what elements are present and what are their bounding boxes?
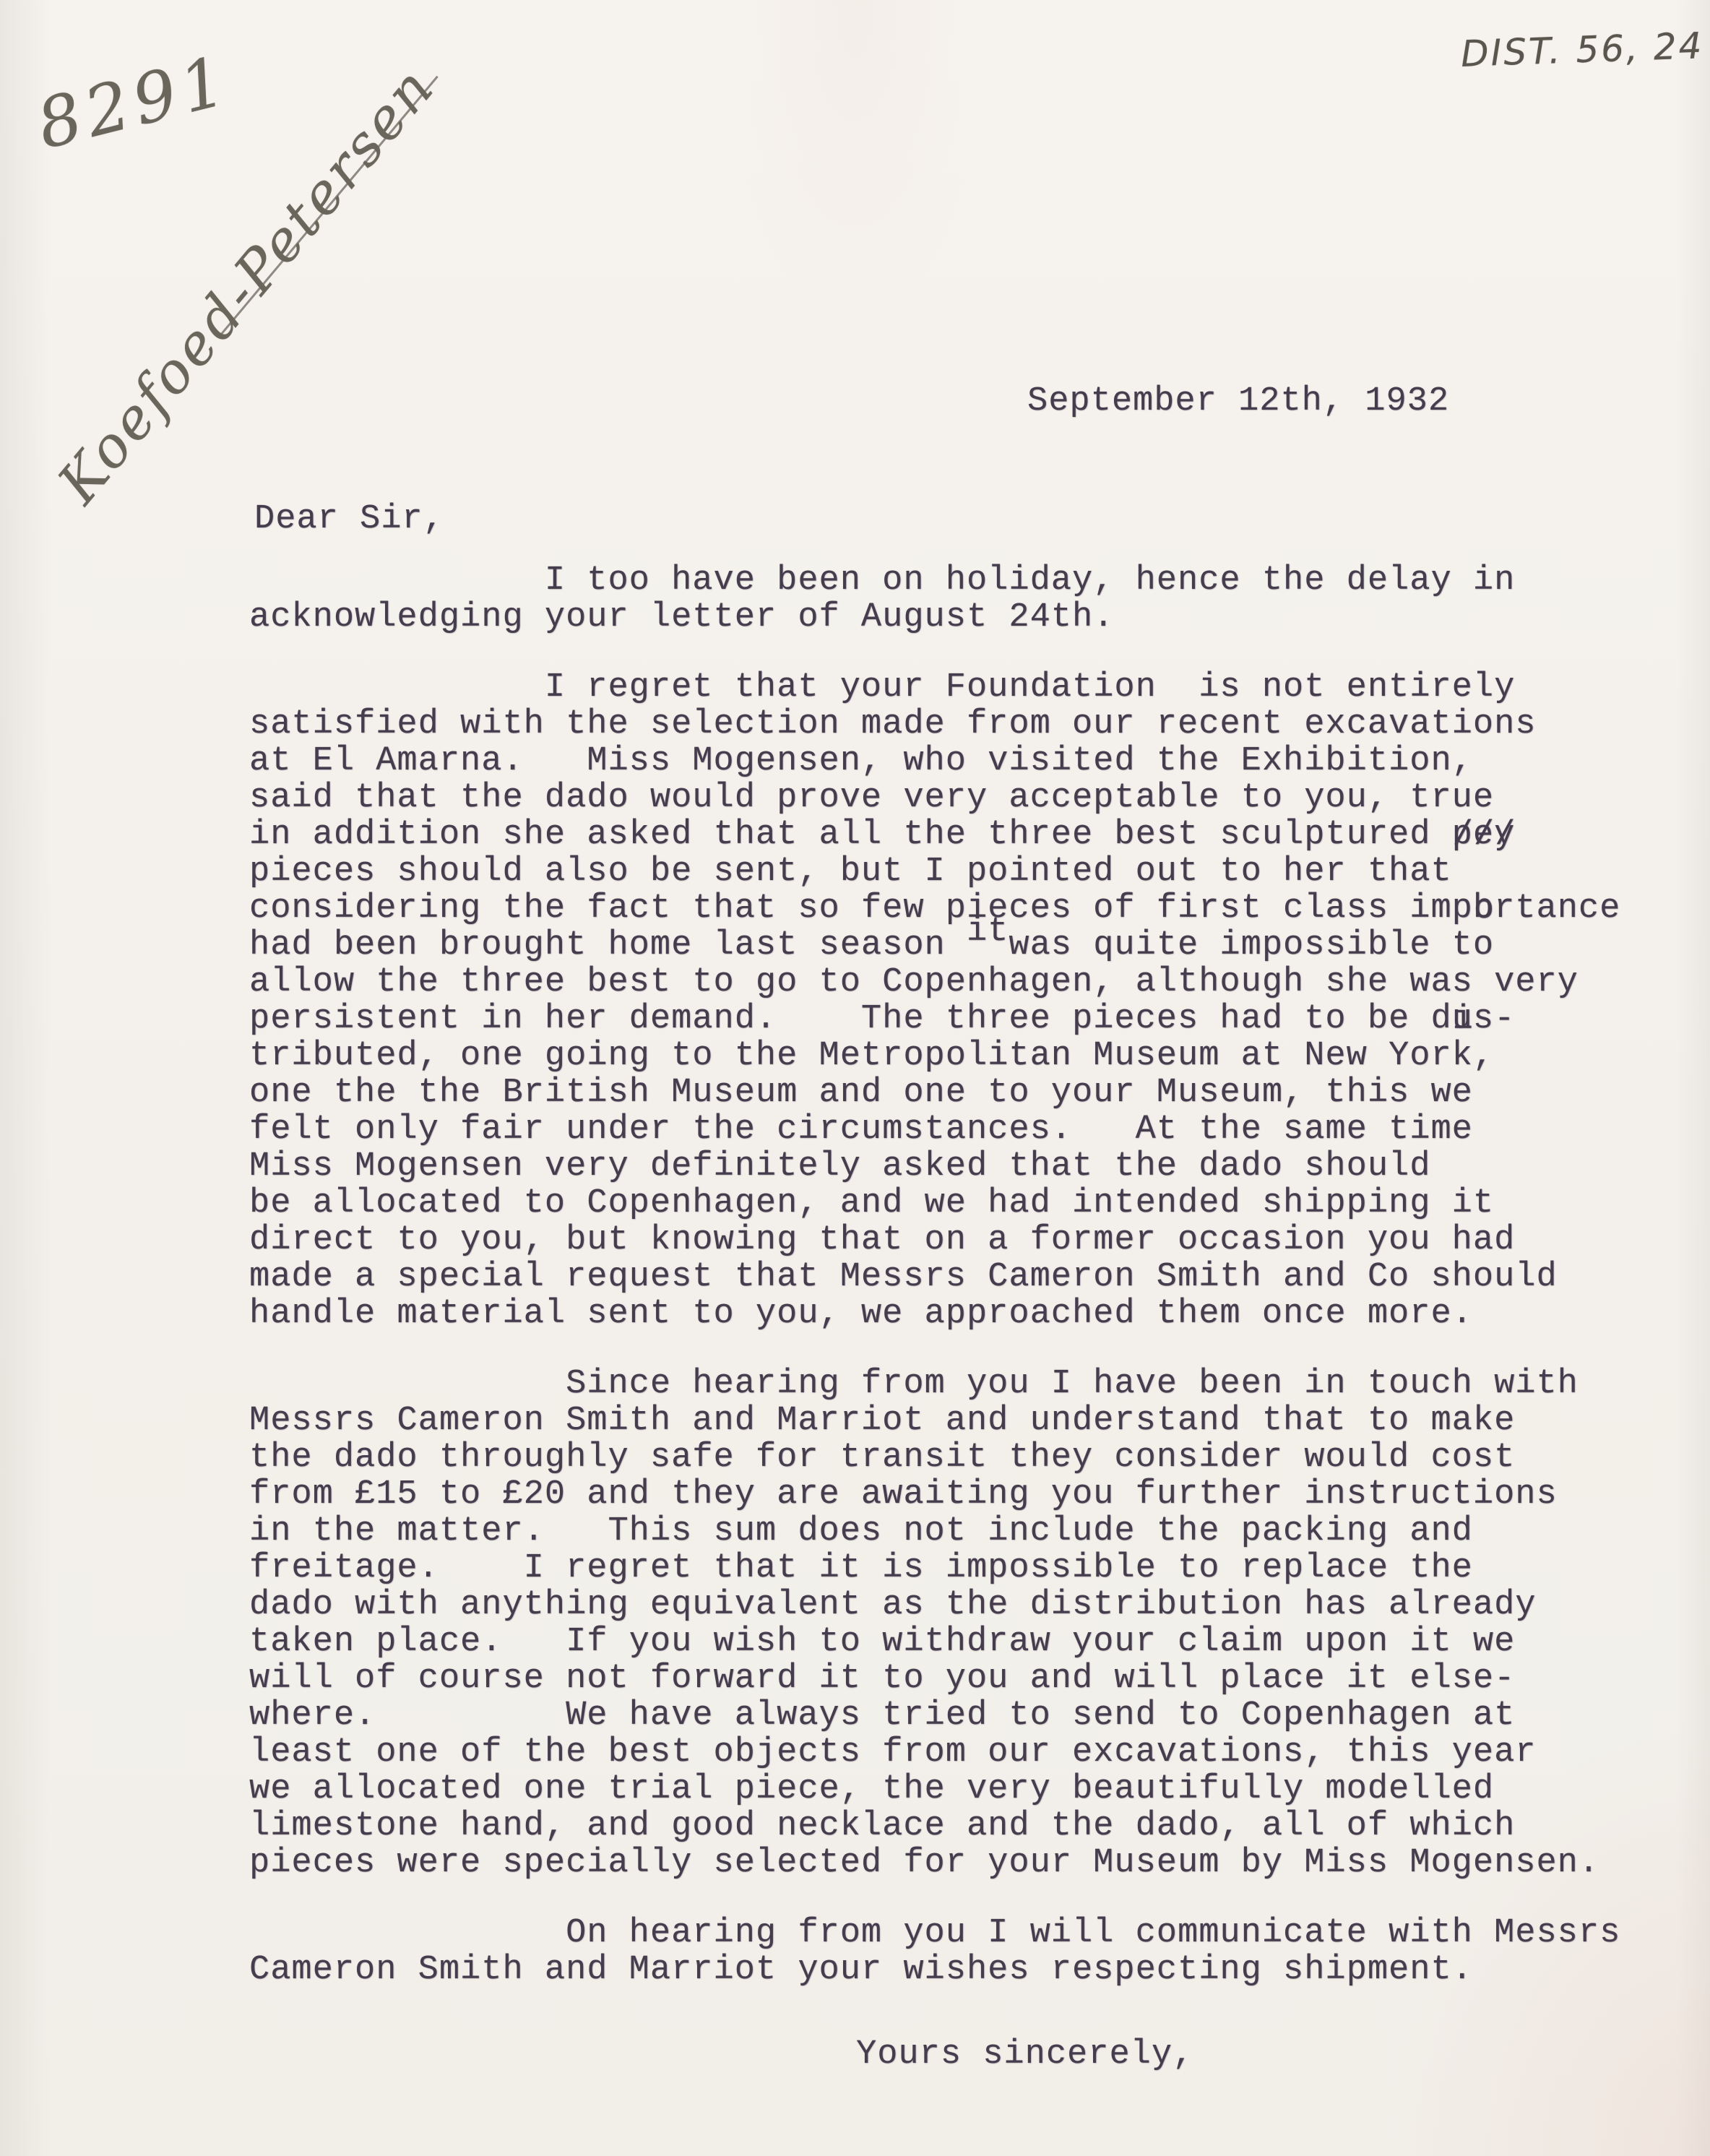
letter-salutation: Dear Sir, <box>254 501 444 538</box>
letter-body: I too have been on holiday, hence the de… <box>249 562 1622 2022</box>
typed-line: persistent in her demand. The three piec… <box>249 1001 1622 1038</box>
typed-line: considering the fact that so few pieces … <box>249 890 1622 927</box>
letter-closing: Yours sincerely, <box>856 2036 1193 2073</box>
scanned-letter-page: 8291 Koefoed-Petersen DIST. 56, 24 Septe… <box>0 0 1710 2156</box>
typed-line: in addition she asked that all the three… <box>249 816 1622 853</box>
typed-line: On hearing from you I will communicate w… <box>249 1915 1622 1952</box>
typed-line: Miss Mogensen very definitely asked that… <box>249 1148 1622 1185</box>
typed-line: where. We have always tried to send to C… <box>249 1697 1622 1734</box>
paragraph: I too have been on holiday, hence the de… <box>249 562 1622 636</box>
typed-line: one the the British Museum and one to yo… <box>249 1074 1622 1111</box>
paragraph: I regret that your Foundation is not ent… <box>249 669 1622 1332</box>
letter-date: September 12th, 1932 <box>1027 383 1449 420</box>
typed-line: in the matter. This sum does not include… <box>249 1513 1622 1550</box>
overstrike-correction: ui <box>1452 1001 1473 1038</box>
typed-line: Since hearing from you I have been in to… <box>249 1366 1622 1402</box>
typed-line: pieces were specially selected for your … <box>249 1845 1622 1881</box>
handwritten-dist-note: DIST. 56, 24 <box>1460 25 1704 75</box>
typed-line: least one of the best objects from our e… <box>249 1734 1622 1771</box>
typed-line: limestone hand, and good necklace and th… <box>249 1808 1622 1845</box>
overstrike-correction: pey/// <box>1452 816 1516 853</box>
raised-correction: it <box>967 913 1009 951</box>
typed-line: made a special request that Messrs Camer… <box>249 1259 1622 1295</box>
pencil-stroke <box>218 76 438 337</box>
typed-line: freitage. I regret that it is impossible… <box>249 1550 1622 1587</box>
typed-line: pieces should also be sent, but I pointe… <box>249 853 1622 890</box>
typed-line: satisfied with the selection made from o… <box>249 706 1622 743</box>
typed-line: at El Amarna. Miss Mogensen, who visited… <box>249 743 1622 780</box>
typed-line: Messrs Cameron Smith and Marriot and und… <box>249 1402 1622 1439</box>
typed-line: from £15 to £20 and they are awaiting yo… <box>249 1476 1622 1513</box>
typed-line: I too have been on holiday, hence the de… <box>249 562 1622 599</box>
typed-line: be allocated to Copenhagen, and we had i… <box>249 1185 1622 1222</box>
typed-line: tributed, one going to the Metropolitan … <box>249 1038 1622 1074</box>
typed-line: the dado throughly safe for transit they… <box>249 1439 1622 1476</box>
typed-line: dado with anything equivalent as the dis… <box>249 1587 1622 1624</box>
typed-line: will of course not forward it to you and… <box>249 1660 1622 1697</box>
overstrike-correction: bo <box>1473 890 1494 927</box>
typed-line: Cameron Smith and Marriot your wishes re… <box>249 1952 1622 1988</box>
typed-line: felt only fair under the circumstances. … <box>249 1111 1622 1148</box>
typed-line: allow the three best to go to Copenhagen… <box>249 964 1622 1001</box>
typed-line: handle material sent to you, we approach… <box>249 1295 1622 1332</box>
typed-line: I regret that your Foundation is not ent… <box>249 669 1622 706</box>
typed-line: direct to you, but knowing that on a for… <box>249 1222 1622 1259</box>
typed-line: acknowledging your letter of August 24th… <box>249 599 1622 636</box>
handwritten-catalog-number: 8291 <box>30 41 239 165</box>
typed-line: had been brought home last season itwas … <box>249 927 1622 964</box>
paragraph: On hearing from you I will communicate w… <box>249 1915 1622 1988</box>
typed-line: taken place. If you wish to withdraw you… <box>249 1624 1622 1660</box>
typed-line: said that the dado would prove very acce… <box>249 780 1622 816</box>
typed-line: we allocated one trial piece, the very b… <box>249 1771 1622 1808</box>
paragraph: Since hearing from you I have been in to… <box>249 1366 1622 1881</box>
